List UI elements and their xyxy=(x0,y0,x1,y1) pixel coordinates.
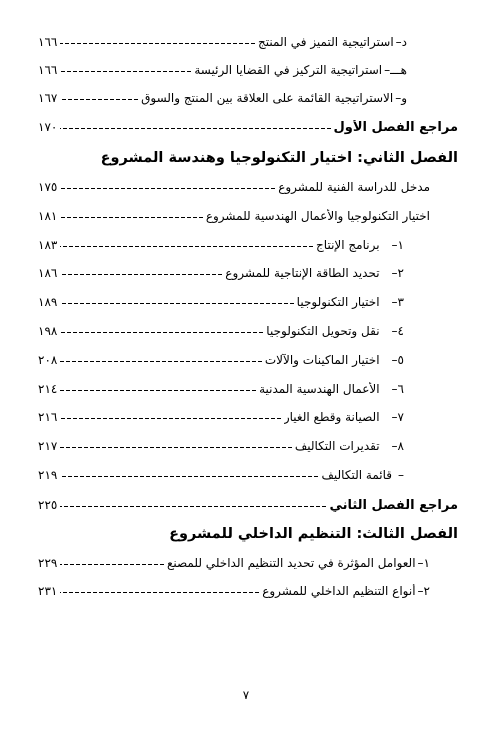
page-number: ٧ xyxy=(236,688,256,702)
entry-page-number: ٢١٩ xyxy=(38,468,57,482)
entry-marker: ٢– xyxy=(418,584,430,598)
toc-entry: ١– برنامج الإنتاج ١٨٣ xyxy=(38,234,404,256)
leader-dashes xyxy=(60,592,259,593)
entry-title: اختيار التكنولوجيا xyxy=(297,295,380,309)
entry-title: العوامل المؤثرة في تحديد التنظيم الداخلي… xyxy=(167,556,416,570)
entry-page-number: ٢٢٥ xyxy=(38,498,57,512)
entry-title: اختيار التكنولوجيا والأعمال الهندسية للم… xyxy=(206,209,430,223)
entry-page-number: ١٧٥ xyxy=(38,180,57,194)
entry-title: اختيار الماكينات والآلات xyxy=(265,353,380,367)
toc-entry: ٦– الأعمال الهندسية المدنية ٢١٤ xyxy=(38,378,404,400)
toc-entry: ٨– تقديرات التكاليف ٢١٧ xyxy=(38,435,404,457)
entry-marker: ١– xyxy=(392,238,404,252)
entry-marker: ٥– xyxy=(392,353,404,367)
leader-dashes xyxy=(60,418,281,419)
leader-dashes xyxy=(60,476,318,477)
leader-dashes xyxy=(60,506,326,507)
toc-entry: ٥– اختيار الماكينات والآلات ٢٠٨ xyxy=(38,349,404,371)
entry-title: استراتيجية التركيز في القضايا الرئيسة xyxy=(194,63,382,77)
entry-page-number: ٢١٦ xyxy=(38,410,57,424)
entry-title: برنامج الإنتاج xyxy=(316,238,380,252)
entry-page-number: ٢٠٨ xyxy=(38,353,57,367)
leader-dashes xyxy=(60,332,263,333)
entry-page-number: ٢٣١ xyxy=(38,584,57,598)
leader-dashes xyxy=(60,390,256,391)
toc-entry: ٣– اختيار التكنولوجيا ١٨٩ xyxy=(38,291,404,313)
entry-title: مراجع الفصل الأول xyxy=(334,120,459,135)
entry-title: الصيانة وقطع الغيار xyxy=(284,410,380,424)
entry-page-number: ١٨١ xyxy=(38,209,57,223)
leader-dashes xyxy=(60,188,275,189)
entry-marker: و– xyxy=(395,91,407,105)
entry-page-number: ٢١٧ xyxy=(38,439,57,453)
entry-title: نقل وتحويل التكنولوجيا xyxy=(266,324,379,338)
entry-page-number: ١٦٦ xyxy=(38,35,57,49)
toc-entry: ٤– نقل وتحويل التكنولوجيا ١٩٨ xyxy=(38,320,404,342)
entry-marker: ٢– xyxy=(392,266,404,280)
entry-title: مراجع الفصل الثاني xyxy=(329,498,458,513)
entry-page-number: ١٧٠ xyxy=(38,120,57,134)
entry-marker: د– xyxy=(396,35,407,49)
toc-entry: و– الاستراتيجية القائمة على العلاقة بين … xyxy=(38,87,407,109)
toc-entry: ٢– تحديد الطاقة الإنتاجية للمشروع ١٨٦ xyxy=(38,262,404,284)
entry-title: قائمة التكاليف xyxy=(321,468,392,482)
leader-dashes xyxy=(60,303,293,304)
entry-page-number: ١٨٣ xyxy=(38,238,57,252)
toc-entry: ٧– الصيانة وقطع الغيار ٢١٦ xyxy=(38,406,404,428)
chapter-heading: الفصل الثاني: اختيار التكنولوجيا وهندسة … xyxy=(101,146,458,170)
entry-title: أنواع التنظيم الداخلي للمشروع xyxy=(262,584,415,598)
entry-marker: ٤– xyxy=(392,324,404,338)
entry-page-number: ١٨٦ xyxy=(38,266,57,280)
toc-entry-references: مراجع الفصل الثاني ٢٢٥ xyxy=(38,494,458,516)
toc-entry: اختيار التكنولوجيا والأعمال الهندسية للم… xyxy=(38,205,430,227)
leader-dashes xyxy=(60,43,255,44)
toc-entry-references: مراجع الفصل الأول ١٧٠ xyxy=(38,116,458,138)
entry-title: تقديرات التكاليف xyxy=(295,439,380,453)
chapter-heading: الفصل الثالث: التنظيم الداخلي للمشروع xyxy=(169,522,458,546)
entry-title: تحديد الطاقة الإنتاجية للمشروع xyxy=(225,266,379,280)
leader-dashes xyxy=(60,564,164,565)
toc-entry: ١– العوامل المؤثرة في تحديد التنظيم الدا… xyxy=(38,552,430,574)
toc-entry: ٢– أنواع التنظيم الداخلي للمشروع ٢٣١ xyxy=(38,580,430,602)
entry-page-number: ١٨٩ xyxy=(38,295,57,309)
entry-page-number: ١٩٨ xyxy=(38,324,57,338)
toc-entry: د– استراتيجية التميز في المنتج ١٦٦ xyxy=(38,31,407,53)
leader-dashes xyxy=(60,71,191,72)
entry-marker: هـــ– xyxy=(384,63,407,77)
entry-marker: ٨– xyxy=(392,439,404,453)
entry-page-number: ١٦٧ xyxy=(38,91,57,105)
entry-marker: ٣– xyxy=(392,295,404,309)
leader-dashes xyxy=(60,246,313,247)
entry-marker: ٧– xyxy=(392,410,404,424)
entry-title: الأعمال الهندسية المدنية xyxy=(259,382,379,396)
leader-dashes xyxy=(60,274,222,275)
toc-entry: مدخل للدراسة الفنية للمشروع ١٧٥ xyxy=(38,176,430,198)
entry-title: الاستراتيجية القائمة على العلاقة بين الم… xyxy=(141,91,393,105)
toc-entry: هـــ– استراتيجية التركيز في القضايا الرئ… xyxy=(38,59,407,81)
entry-title: مدخل للدراسة الفنية للمشروع xyxy=(278,180,430,194)
entry-marker: ٦– xyxy=(392,382,404,396)
leader-dashes xyxy=(60,217,203,218)
entry-page-number: ٢١٤ xyxy=(38,382,57,396)
entry-page-number: ٢٢٩ xyxy=(38,556,57,570)
entry-page-number: ١٦٦ xyxy=(38,63,57,77)
leader-dashes xyxy=(60,447,291,448)
leader-dashes xyxy=(60,361,262,362)
toc-entry: – قائمة التكاليف ٢١٩ xyxy=(38,464,404,486)
leader-dashes xyxy=(60,99,138,100)
entry-title: استراتيجية التميز في المنتج xyxy=(258,35,394,49)
entry-marker: – xyxy=(398,468,404,482)
leader-dashes xyxy=(60,128,330,129)
entry-marker: ١– xyxy=(418,556,430,570)
